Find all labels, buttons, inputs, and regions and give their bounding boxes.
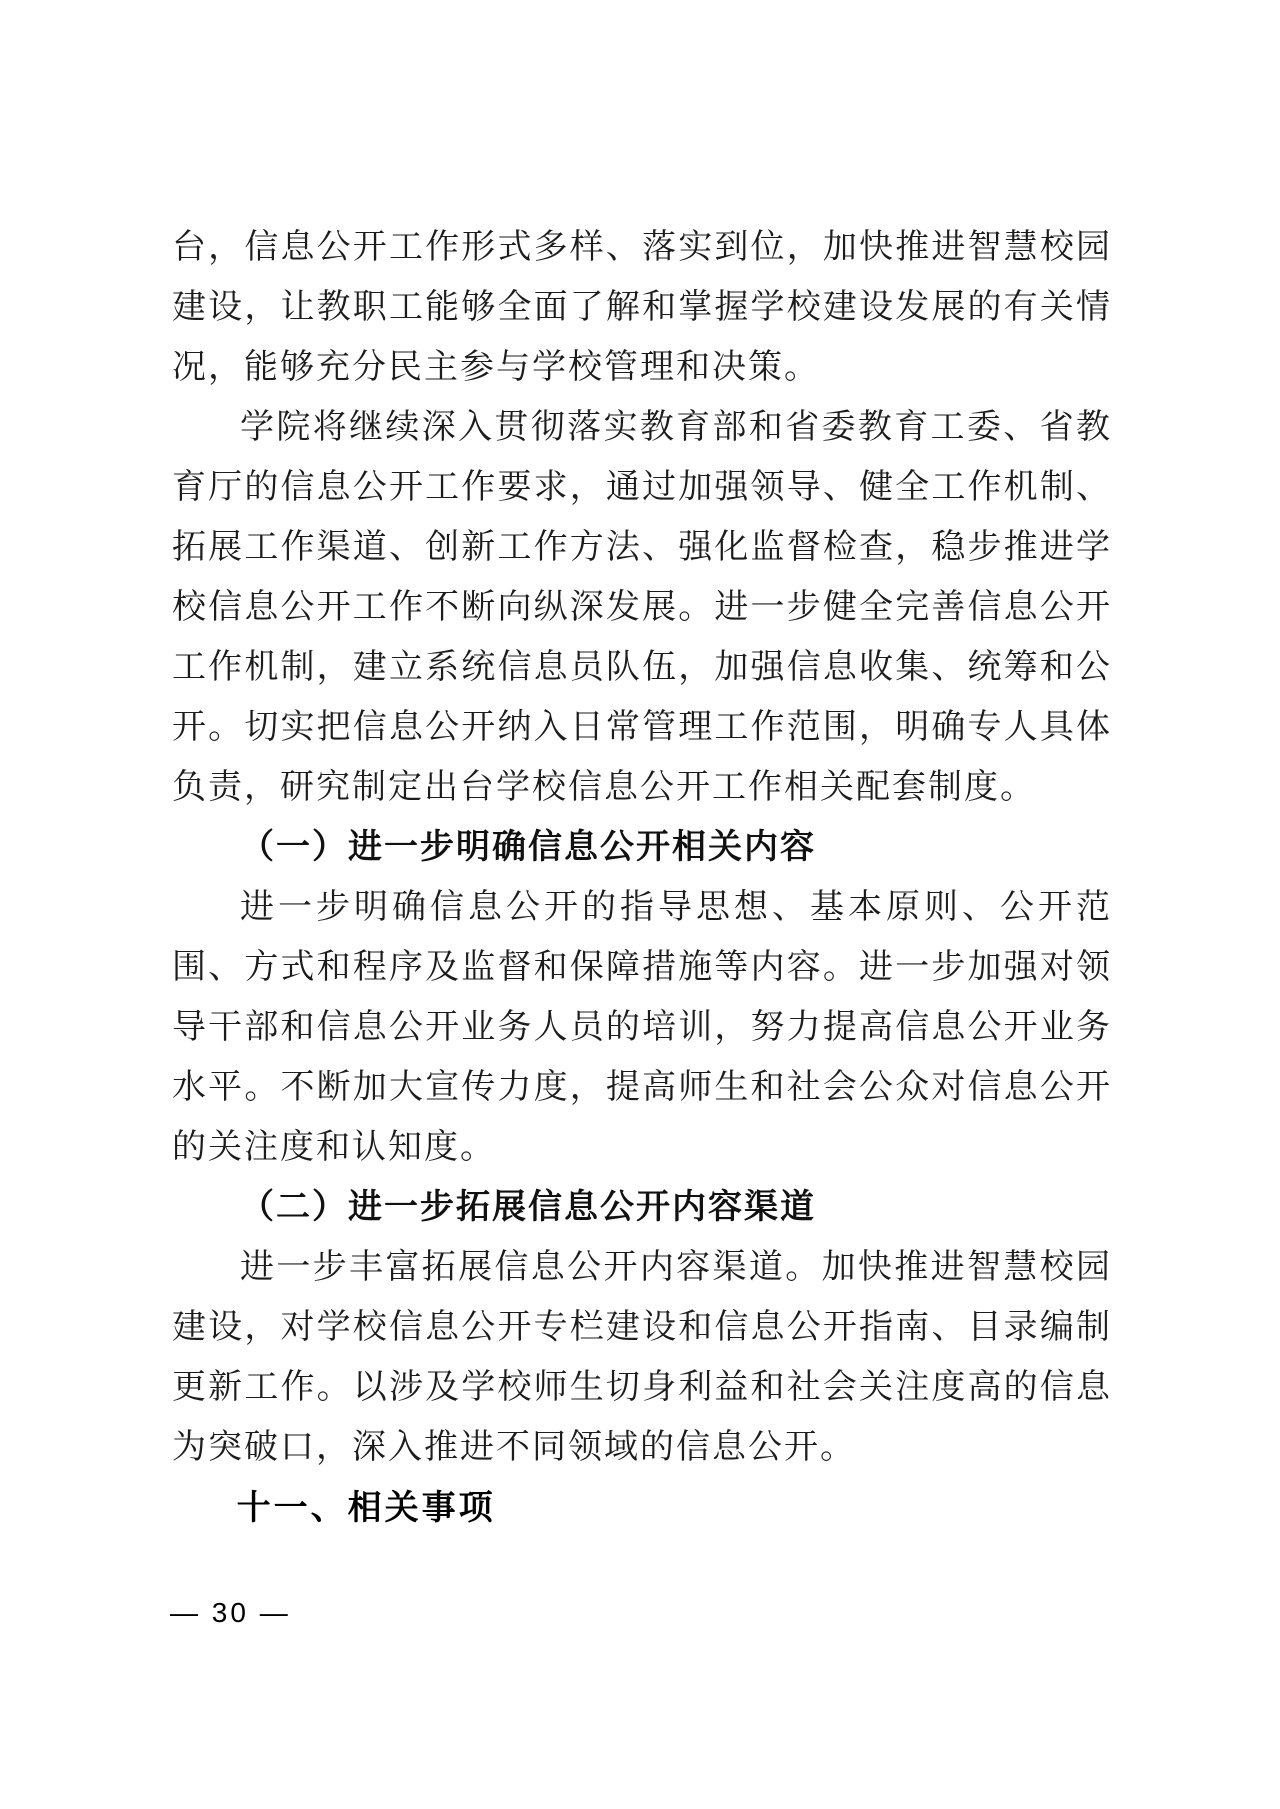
document-page: 台，信息公开工作形式多样、落实到位，加快推进智慧校园建设，让教职工能够全面了解和… xyxy=(0,0,1280,1809)
paragraph: 进一步丰富拓展信息公开内容渠道。加快推进智慧校园建设，对学校信息公开专栏建设和信… xyxy=(172,1238,1112,1478)
document-body: 台，信息公开工作形式多样、落实到位，加快推进智慧校园建设，让教职工能够全面了解和… xyxy=(172,218,1112,1538)
paragraph-continued: 台，信息公开工作形式多样、落实到位，加快推进智慧校园建设，让教职工能够全面了解和… xyxy=(172,218,1112,398)
subheading-2: （二）进一步拓展信息公开内容渠道 xyxy=(172,1178,1112,1238)
section-heading: 十一、相关事项 xyxy=(172,1478,1112,1538)
paragraph: 进一步明确信息公开的指导思想、基本原则、公开范围、方式和程序及监督和保障措施等内… xyxy=(172,878,1112,1178)
subheading-1: （一）进一步明确信息公开相关内容 xyxy=(172,818,1112,878)
page-number: — 30 — xyxy=(170,1597,291,1629)
paragraph: 学院将继续深入贯彻落实教育部和省委教育工委、省教育厅的信息公开工作要求，通过加强… xyxy=(172,398,1112,818)
